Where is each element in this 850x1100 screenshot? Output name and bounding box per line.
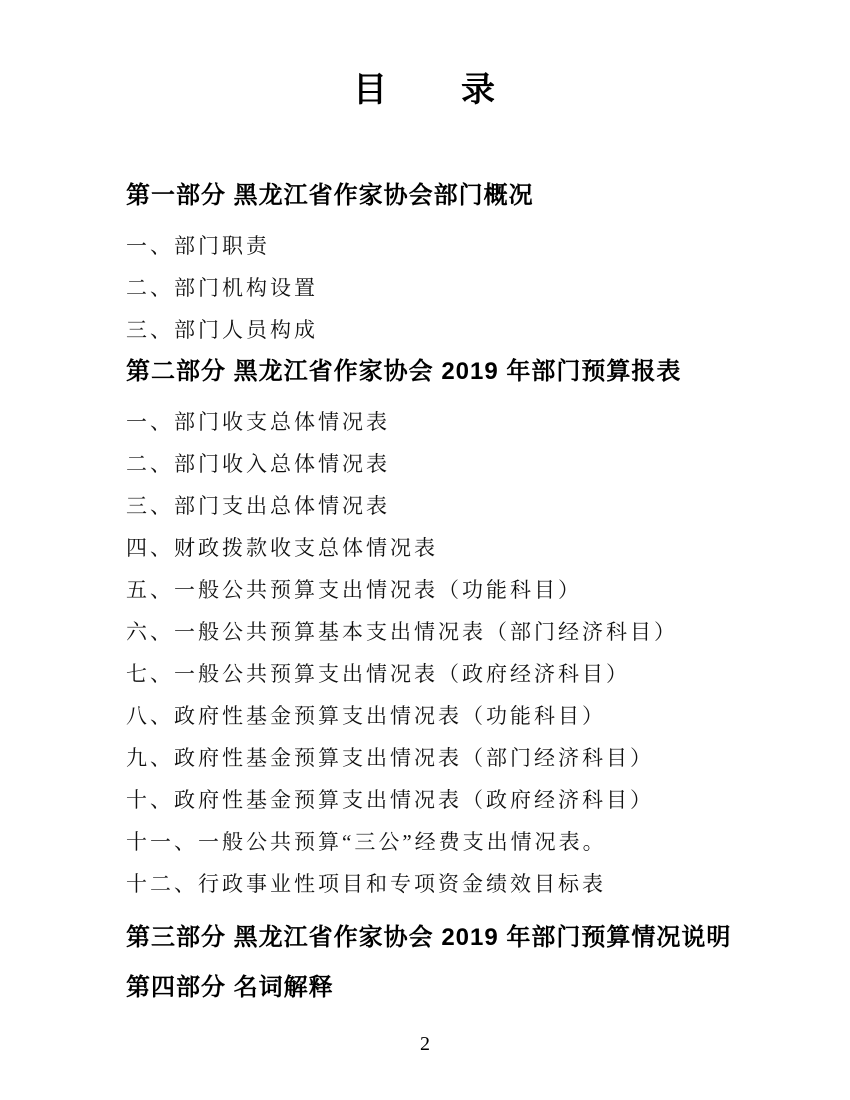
toc-item: 六、一般公共预算基本支出情况表（部门经济科目） [126,618,740,646]
toc-item: 四、财政拨款收支总体情况表 [126,534,740,562]
toc-item: 二、部门收入总体情况表 [126,450,740,478]
page-number: 2 [0,1033,850,1056]
table-of-contents: 第一部分 黑龙江省作家协会部门概况 一、部门职责 二、部门机构设置 三、部门人员… [0,180,850,1004]
toc-item: 十二、行政事业性项目和专项资金绩效目标表 [126,870,740,898]
section-heading-part1: 第一部分 黑龙江省作家协会部门概况 [126,180,740,212]
toc-item: 三、部门人员构成 [126,316,740,344]
page-title: 目 录 [0,0,850,110]
section-heading-part4: 第四部分 名词解释 [126,972,740,1004]
toc-item: 一、部门职责 [126,232,740,260]
toc-item: 七、一般公共预算支出情况表（政府经济科目） [126,660,740,688]
document-page: 目 录 第一部分 黑龙江省作家协会部门概况 一、部门职责 二、部门机构设置 三、… [0,0,850,1100]
toc-item: 十、政府性基金预算支出情况表（政府经济科目） [126,786,740,814]
toc-item: 五、一般公共预算支出情况表（功能科目） [126,576,740,604]
toc-item: 三、部门支出总体情况表 [126,492,740,520]
section-heading-part3: 第三部分 黑龙江省作家协会 2019 年部门预算情况说明 [126,922,740,954]
toc-item: 九、政府性基金预算支出情况表（部门经济科目） [126,744,740,772]
toc-item: 二、部门机构设置 [126,274,740,302]
toc-item: 八、政府性基金预算支出情况表（功能科目） [126,702,740,730]
section-heading-part2: 第二部分 黑龙江省作家协会 2019 年部门预算报表 [126,356,740,388]
toc-item: 一、部门收支总体情况表 [126,408,740,436]
toc-item: 十一、一般公共预算“三公”经费支出情况表。 [126,828,740,856]
